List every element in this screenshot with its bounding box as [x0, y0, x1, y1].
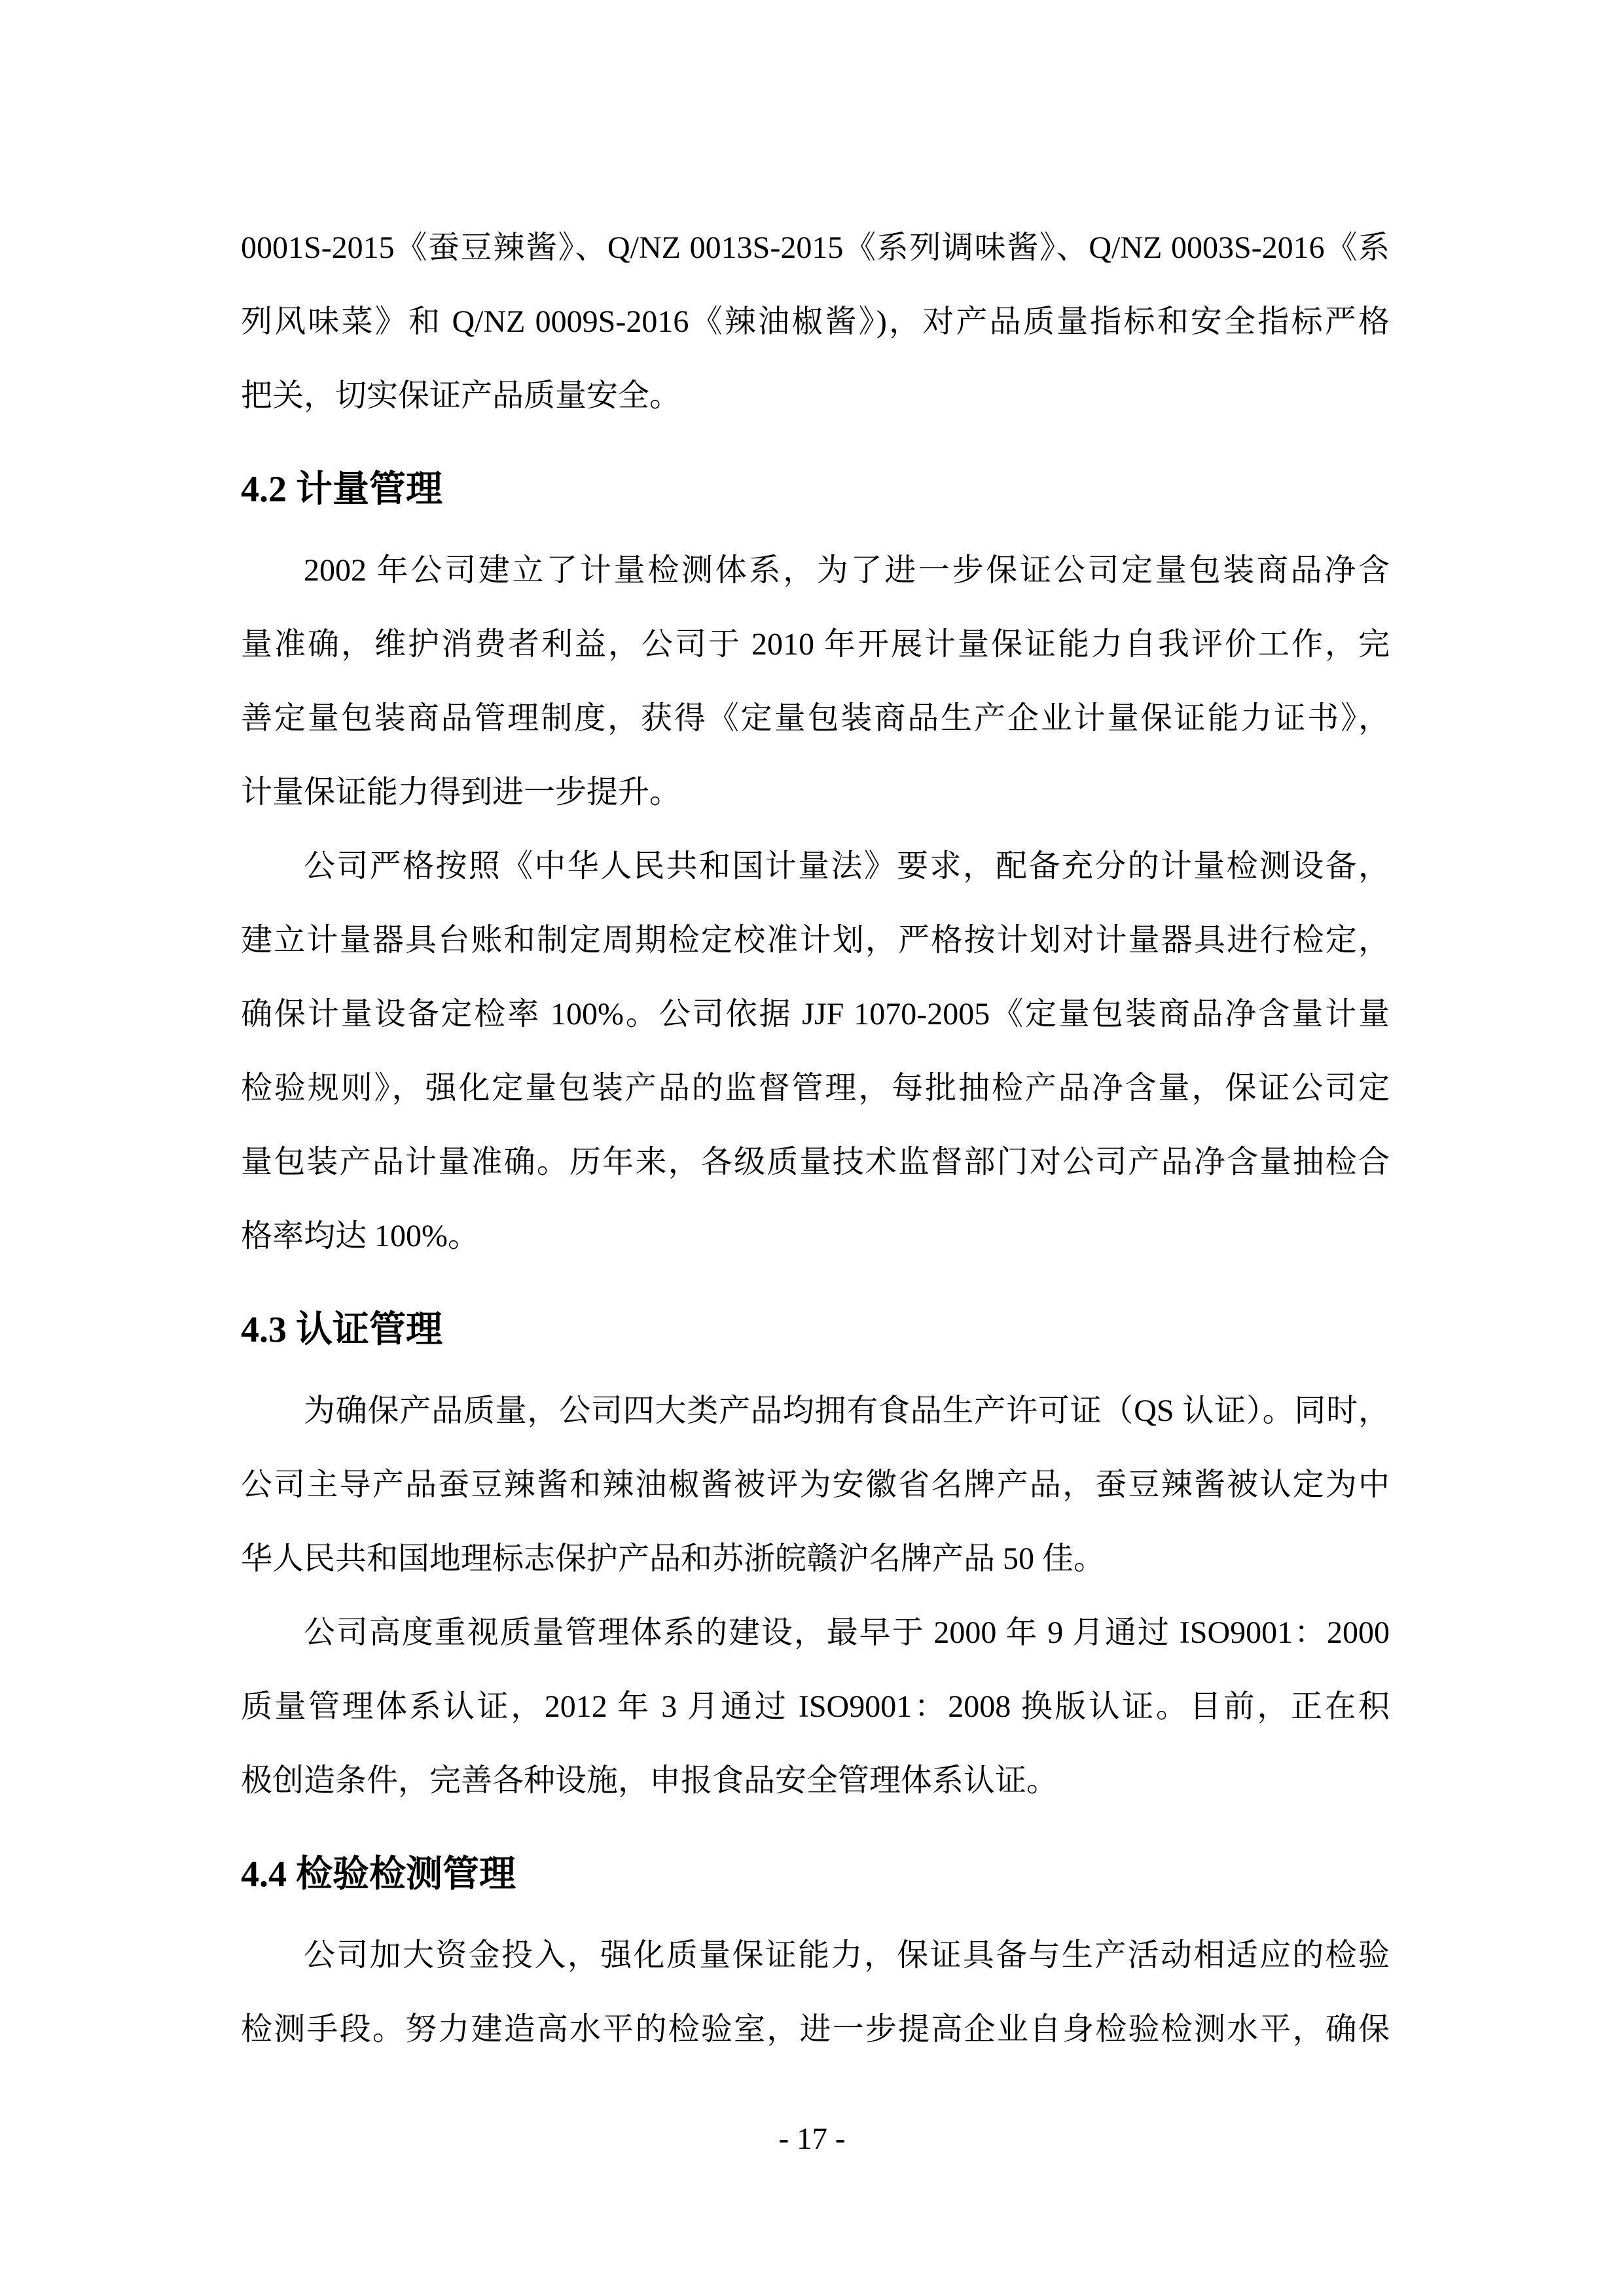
paragraph-line: 公司加大资金投入，强化质量保证能力，保证具备与生产活动相适应的检验	[241, 1918, 1390, 1992]
paragraph-line: 质量管理体系认证，2012 年 3 月通过 ISO9001：2008 换版认证。…	[241, 1670, 1390, 1744]
document-body: 0001S-2015《蚕豆辣酱》、Q/NZ 0013S-2015《系列调味酱》、…	[241, 211, 1390, 2066]
paragraph-line: 0001S-2015《蚕豆辣酱》、Q/NZ 0013S-2015《系列调味酱》、…	[241, 211, 1390, 285]
paragraph-line: 把关，切实保证产品质量安全。	[241, 359, 1390, 433]
paragraph-line: 华人民共和国地理标志保护产品和苏浙皖赣沪名牌产品 50 佳。	[241, 1522, 1390, 1596]
document-page: 0001S-2015《蚕豆辣酱》、Q/NZ 0013S-2015《系列调味酱》、…	[0, 0, 1624, 2296]
paragraph-line: 检测手段。努力建造高水平的检验室，进一步提高企业自身检验检测水平，确保	[241, 1992, 1390, 2066]
paragraph-line: 确保计量设备定检率 100%。公司依据 JJF 1070-2005《定量包装商品…	[241, 977, 1390, 1051]
paragraph-line: 极创造条件，完善各种设施，申报食品安全管理体系认证。	[241, 1744, 1390, 1818]
paragraph: 0001S-2015《蚕豆辣酱》、Q/NZ 0013S-2015《系列调味酱》、…	[241, 211, 1390, 433]
paragraph-line: 为确保产品质量，公司四大类产品均拥有食品生产许可证（QS 认证）。同时，	[241, 1374, 1390, 1448]
page-number: - 17 -	[0, 2119, 1624, 2159]
paragraph-line: 公司主导产品蚕豆辣酱和辣油椒酱被评为安徽省名牌产品，蚕豆辣酱被认定为中	[241, 1448, 1390, 1522]
section-heading: 4.3 认证管理	[241, 1290, 1390, 1370]
section-heading: 4.4 检验检测管理	[241, 1835, 1390, 1914]
paragraph-line: 公司严格按照《中华人民共和国计量法》要求，配备充分的计量检测设备，	[241, 829, 1390, 903]
section-heading: 4.2 计量管理	[241, 450, 1390, 529]
paragraph-line: 善定量包装商品管理制度，获得《定量包装商品生产企业计量保证能力证书》，	[241, 681, 1390, 755]
paragraph-line: 格率均达 100%。	[241, 1199, 1390, 1273]
paragraph-line: 公司高度重视质量管理体系的建设，最早于 2000 年 9 月通过 ISO9001…	[241, 1596, 1390, 1670]
paragraph-line: 2002 年公司建立了计量检测体系，为了进一步保证公司定量包装商品净含	[241, 533, 1390, 607]
paragraph-line: 计量保证能力得到进一步提升。	[241, 755, 1390, 829]
paragraph-line: 列风味菜》和 Q/NZ 0009S-2016《辣油椒酱》)，对产品质量指标和安全…	[241, 285, 1390, 359]
paragraph: 公司加大资金投入，强化质量保证能力，保证具备与生产活动相适应的检验检测手段。努力…	[241, 1918, 1390, 2066]
paragraph-line: 量包装产品计量准确。历年来，各级质量技术监督部门对公司产品净含量抽检合	[241, 1125, 1390, 1199]
paragraph-line: 建立计量器具台账和制定周期检定校准计划，严格按计划对计量器具进行检定，	[241, 903, 1390, 977]
paragraph: 公司严格按照《中华人民共和国计量法》要求，配备充分的计量检测设备，建立计量器具台…	[241, 829, 1390, 1273]
paragraph: 公司高度重视质量管理体系的建设，最早于 2000 年 9 月通过 ISO9001…	[241, 1596, 1390, 1818]
paragraph-line: 检验规则》，强化定量包装产品的监督管理，每批抽检产品净含量，保证公司定	[241, 1051, 1390, 1125]
paragraph: 为确保产品质量，公司四大类产品均拥有食品生产许可证（QS 认证）。同时，公司主导…	[241, 1374, 1390, 1596]
paragraph: 2002 年公司建立了计量检测体系，为了进一步保证公司定量包装商品净含量准确，维…	[241, 533, 1390, 829]
paragraph-line: 量准确，维护消费者利益，公司于 2010 年开展计量保证能力自我评价工作，完	[241, 607, 1390, 681]
